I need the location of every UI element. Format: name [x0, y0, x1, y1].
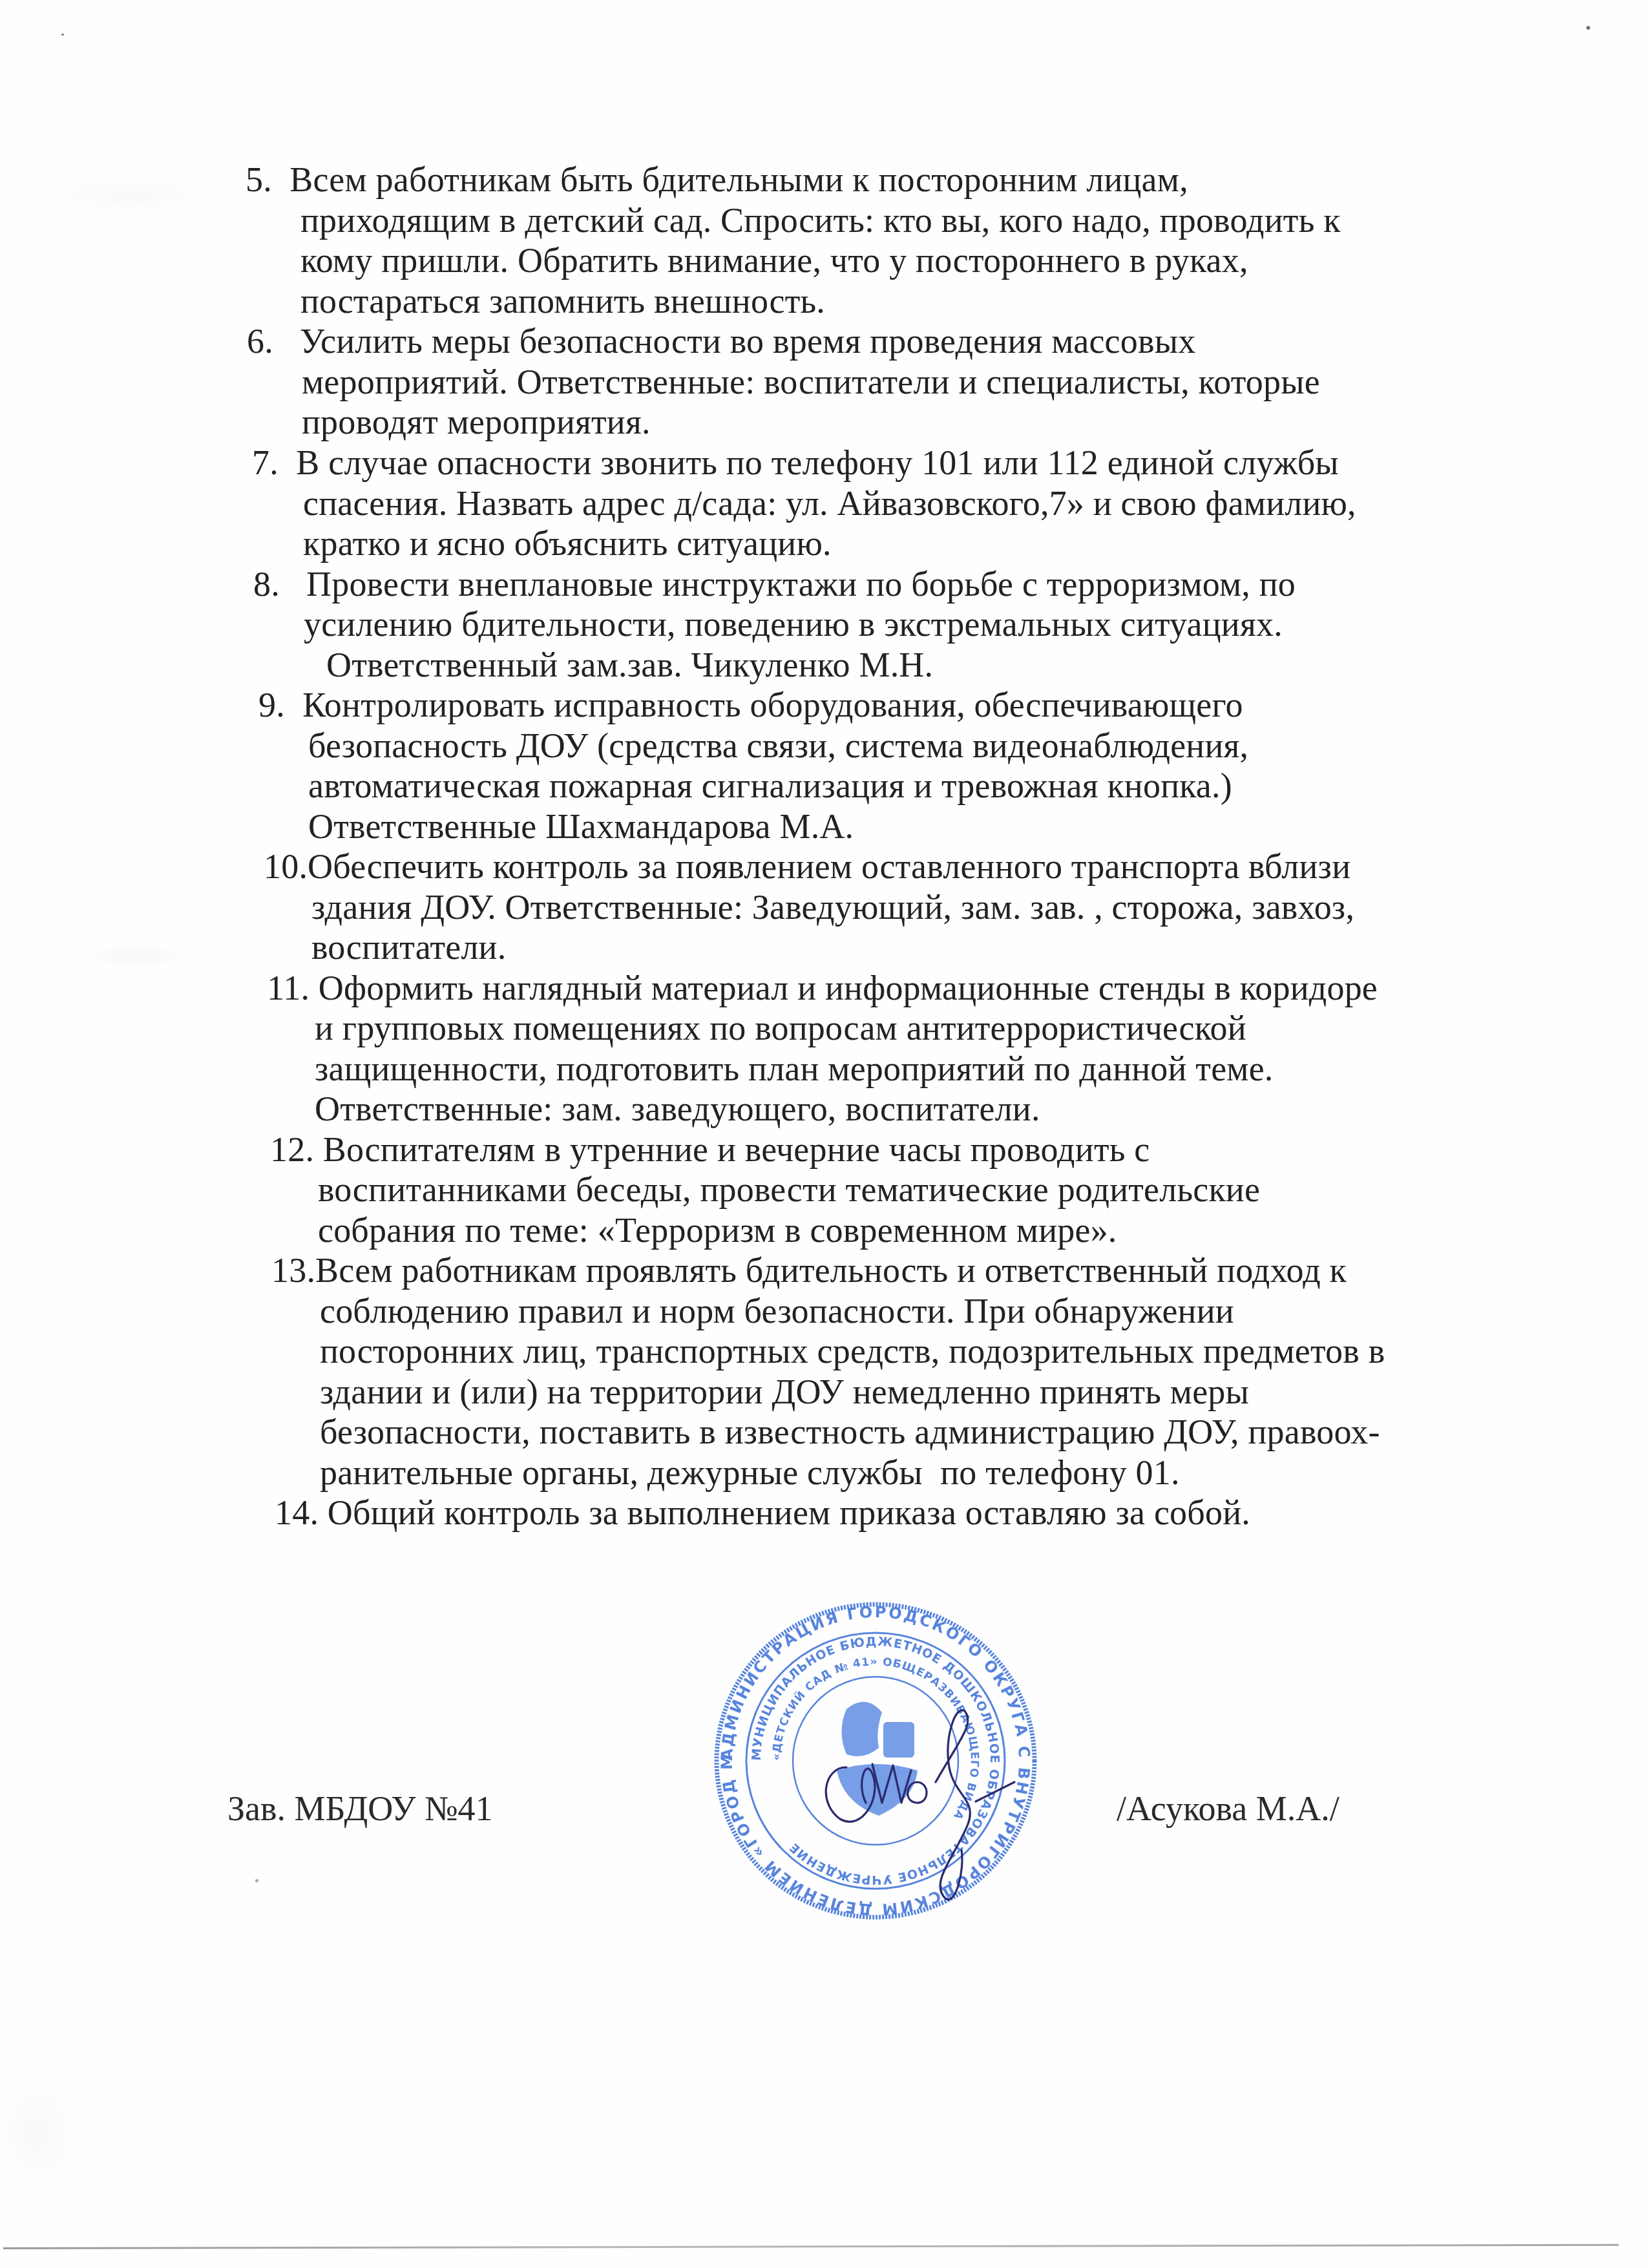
- list-item-12-line-1: 12. Воспитателям в утренние и вечерние ч…: [270, 1129, 1150, 1170]
- scan-speck: [1586, 26, 1590, 30]
- position-title: Зав. МБДОУ №41: [227, 1789, 493, 1829]
- list-item-9-line-4: Ответственные Шахмандарова М.А.: [308, 806, 854, 846]
- list-item-8-line-1: 8. Провести внеплановые инструктажи по б…: [253, 564, 1296, 604]
- list-item-6-line-3: проводят мероприятия.: [302, 402, 651, 442]
- list-item-13-line-4: здании и (или) на территории ДОУ немедле…: [320, 1372, 1249, 1412]
- list-item-8-line-3: Ответственный зам.зав. Чикуленко М.Н.: [326, 645, 933, 685]
- list-item-7-line-3: кратко и ясно объяснить ситуацию.: [303, 523, 832, 563]
- list-item-12-line-2: воспитанниками беседы, провести тематиче…: [318, 1170, 1260, 1210]
- scan-speck: [255, 1879, 258, 1882]
- list-item-13-line-2: соблюдению правил и норм безопасности. П…: [320, 1291, 1234, 1331]
- list-item-11-line-3: защищенности, подготовить план мероприят…: [315, 1049, 1274, 1089]
- list-item-5-line-1: 5. Всем работникам быть бдительными к по…: [246, 160, 1188, 200]
- list-item-10-line-1: 10.Обеспечить контроль за появлением ост…: [264, 846, 1350, 887]
- list-item-9-line-3: автоматическая пожарная сигнализация и т…: [308, 766, 1232, 806]
- list-item-10-line-2: здания ДОУ. Ответственные: Заведующий, з…: [311, 887, 1354, 927]
- list-item-5-line-3: кому пришли. Обратить внимание, что у по…: [300, 240, 1248, 280]
- list-item-13-line-3: посторонних лиц, транспортных средств, п…: [320, 1331, 1385, 1371]
- list-item-5-line-2: приходящим в детский сад. Спросить: кто …: [300, 200, 1341, 240]
- list-item-11-line-2: и групповых помещениях по вопросам антит…: [315, 1008, 1246, 1048]
- list-item-5-line-4: постараться запомнить внешность.: [300, 281, 825, 321]
- list-item-7-line-2: спасения. Назвать адрес д/сада: ул. Айва…: [303, 483, 1356, 523]
- list-item-6-line-1: 6. Усилить меры безопасности во время пр…: [247, 321, 1195, 361]
- list-item-12-line-3: собрания по теме: «Терроризм в современн…: [318, 1210, 1117, 1250]
- list-item-13-line-6: ранительные органы, дежурные службы по т…: [320, 1453, 1180, 1493]
- list-item-9-line-2: безопасность ДОУ (средства связи, систем…: [308, 726, 1248, 766]
- list-item-9-line-1: 9. Контролировать исправность оборудован…: [258, 685, 1243, 725]
- scan-edge-line: [3, 2244, 1619, 2249]
- scan-speck: [61, 34, 64, 36]
- list-item-13-line-1: 13.Всем работникам проявлять бдительност…: [271, 1250, 1347, 1290]
- list-item-14-line-1: 14. Общий контроль за выполнением приказ…: [275, 1493, 1250, 1533]
- list-item-11-line-4: Ответственные: зам. заведующего, воспита…: [315, 1089, 1040, 1129]
- signatory-name: /Асукова М.А./: [1117, 1789, 1339, 1829]
- item-number: 5.: [246, 160, 272, 200]
- handwritten-signature: [821, 1706, 1053, 1919]
- list-item-13-line-5: безопасности, поставить в известность ад…: [320, 1412, 1380, 1452]
- list-item-10-line-3: воспитатели.: [311, 927, 506, 967]
- list-item-8-line-2: усилению бдительности, поведению в экстр…: [304, 604, 1283, 644]
- scanned-page: 5. Всем работникам быть бдительными к по…: [0, 0, 1649, 2268]
- list-item-7-line-1: 7. В случае опасности звонить по телефон…: [252, 443, 1339, 483]
- list-item-6-line-2: мероприятий. Ответственные: воспитатели …: [302, 362, 1320, 402]
- list-item-11-line-1: 11. Оформить наглядный материал и информ…: [267, 968, 1378, 1008]
